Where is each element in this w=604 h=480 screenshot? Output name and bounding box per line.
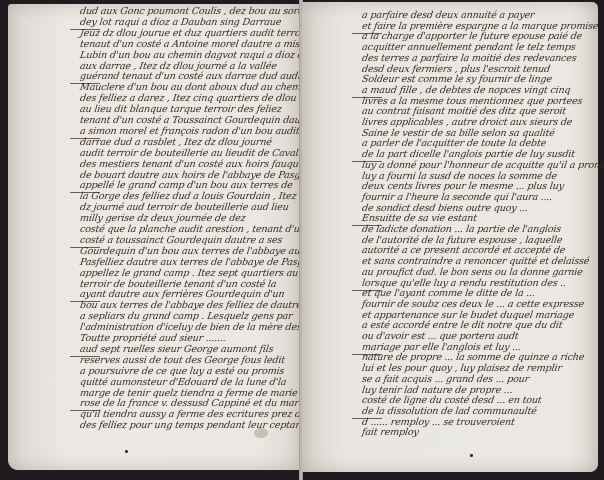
manuscript-line: ayant dautre aux ferrières Gourdequin d'… bbox=[79, 289, 285, 300]
manuscript-line: Soldeur est comme le sy fournir de linge bbox=[361, 74, 552, 85]
manuscript-line: luy a donné pour l'honneur de acquitte q… bbox=[361, 160, 604, 171]
paper-stain bbox=[254, 428, 268, 438]
manuscript-line: ou d'avoir est ... que portera audt bbox=[361, 331, 519, 342]
manuscript-line: reserves aussi de tout des George fous l… bbox=[79, 355, 285, 366]
manuscript-line: a poursuivre de ce que luy a esté ou pro… bbox=[79, 366, 285, 377]
manuscript-line: a esté accordé entre le dit notre que du… bbox=[361, 320, 563, 331]
manuscript-line: rose de la france v. dessusd Cappiné et … bbox=[79, 398, 316, 409]
manuscript-line: quitté aumonsteur d'Edouard de la lune d… bbox=[79, 377, 287, 388]
manuscript-line: qu'il tiendra aussy a ferme des ecriture… bbox=[79, 409, 313, 420]
manuscript-line: dz journé aud terroir de bouteillerie au… bbox=[79, 202, 289, 213]
right-manuscript-page: a parfaire desd deux annuité a payeret f… bbox=[302, 2, 598, 472]
manuscript-line: costé a toussainct Gourdequin dautre a s… bbox=[79, 235, 283, 246]
manuscript-line: Jeuz dz dlou jourue et duz quartiers aud… bbox=[79, 28, 308, 39]
manuscript-line: et que l'ayant comme le ditte de la ... bbox=[361, 288, 535, 299]
manuscript-line: et appartenance sur le budet duquel mari… bbox=[361, 310, 575, 321]
manuscript-line: dud aux Gonc poumont Coulis , dez bou au… bbox=[79, 6, 318, 17]
manuscript-line: Toutte propriété aud sieur ....... bbox=[79, 333, 226, 344]
manuscript-line: lorsque qu'elle luy a rendu restitution … bbox=[361, 278, 567, 289]
manuscript-line: Gourdequin d'un bou aux terres de l'abba… bbox=[79, 246, 307, 257]
manuscript-line: acquitter annuellement pendant le telz t… bbox=[361, 42, 576, 53]
manuscript-line: a parfaire desd deux annuité a payer bbox=[361, 10, 535, 21]
manuscript-line: appellé le grand camp d'un bou aux terre… bbox=[79, 180, 293, 191]
manuscript-line: dey lot raqui a dioz a Dauban sing Darra… bbox=[79, 17, 282, 28]
manuscript-line: Ensuitte de sa vie estant bbox=[361, 213, 477, 224]
manuscript-line: au proufict dud. le bon sens ou la donne… bbox=[361, 267, 583, 278]
ink-dot bbox=[470, 454, 473, 457]
manuscript-line: bou aux terres de l'abbaye des felliez d… bbox=[79, 300, 302, 311]
manuscript-line: se a fait acquis ... grand des ... pour bbox=[361, 374, 530, 385]
manuscript-line: a parler de l'acquitter de toute la debt… bbox=[361, 138, 547, 149]
manuscript-line: appellez le grand camp . Itez sept quart… bbox=[79, 268, 299, 279]
manuscript-line: desd deux fermiers , plus l'escroit tenu… bbox=[361, 64, 550, 75]
manuscript-line: luy tenir lad nature de propre ... bbox=[361, 385, 513, 396]
manuscript-line: a simon morel et françois radon d'un bou… bbox=[79, 126, 300, 137]
manuscript-line: livres applicables , autre droict aux si… bbox=[361, 117, 573, 128]
manuscript-line: deux cents livres pour le mesme ... plus… bbox=[361, 181, 564, 192]
manuscript-line: fournir de soubz ces deux le ... a cette… bbox=[361, 299, 584, 310]
manuscript-line: la Gorge des felliez dud a louis Gourdai… bbox=[79, 191, 297, 202]
manuscript-line: audit terroir de bouteillerie au lieudit… bbox=[79, 148, 313, 159]
manuscript-line: des felliez pour ung temps pendant leur … bbox=[79, 420, 307, 431]
manuscript-line: fournir a l'heure la seconde qui l'aura … bbox=[361, 192, 553, 203]
manuscript-line: l'administration d'iceluy de bien de la … bbox=[79, 322, 302, 333]
manuscript-line: nature de propre ... la somme de quinze … bbox=[361, 352, 585, 363]
ink-dot bbox=[125, 450, 128, 453]
manuscript-line: livres a la mesme tous mentionnez que po… bbox=[361, 96, 583, 107]
manuscript-line: darrae dud a rasblet , Itez dz dlou jour… bbox=[79, 137, 272, 148]
manuscript-line: de la part dicelle l'anglois partie de l… bbox=[361, 149, 575, 160]
manuscript-line: a sepliars du grand camp . Lesquelz gens… bbox=[79, 311, 293, 322]
manuscript-line: aux darrae , Itez dz dlou journé a la va… bbox=[79, 61, 277, 72]
manuscript-line: de bouart dautre aux hoirs de l'abbaye d… bbox=[79, 170, 315, 181]
manuscript-line: Mauclere d'un bou au dont aboux dud au c… bbox=[79, 82, 310, 93]
manuscript-line: a maud fille , de debtes de nopces vingt… bbox=[361, 85, 571, 96]
manuscript-line: guérand tenaut d'un costé aux darrae dud… bbox=[79, 71, 316, 82]
manuscript-line: de la dissolution de lad communaulté bbox=[361, 406, 537, 417]
manuscript-line: au contrat faisant moitié des ditz que s… bbox=[361, 106, 566, 117]
manuscript-line: au lieu dit blanque tarque terroir des f… bbox=[79, 104, 282, 115]
manuscript-line: costé de ligne du costé desd ... en tout bbox=[361, 395, 542, 406]
manuscript-line: Pasfelliez dautre aux terres de l'abbaye… bbox=[79, 257, 318, 268]
manuscript-line: terroir de bouteillerie tenant d'un cost… bbox=[79, 279, 277, 290]
manuscript-line: costé que la planche audit arestion , te… bbox=[79, 224, 306, 235]
manuscript-line: aud sept ruelles sieur George aumont fil… bbox=[79, 344, 274, 355]
manuscript-line: marge de tenir quelz tiendra a ferme de … bbox=[79, 388, 298, 399]
manuscript-line: des mestiers tenant d'un costé aux hoirs… bbox=[79, 159, 305, 170]
manuscript-line: luy a fourni la susd de noces la somme d… bbox=[361, 171, 557, 182]
manuscript-line: d ...... remploy ... se trouveroient bbox=[361, 417, 515, 428]
manuscript-line: a la charge d'apporter le future epouse … bbox=[361, 31, 583, 42]
manuscript-line: tenant d'un costé a Toussainct Gourdequi… bbox=[79, 115, 315, 126]
manuscript-line: fait remploy bbox=[361, 427, 419, 438]
left-manuscript-page: dud aux Gonc poumont Coulis , dez bou au… bbox=[8, 4, 300, 470]
manuscript-line: autorité a ce present accordé et accepté… bbox=[361, 245, 566, 256]
manuscript-line: de ladicte donation ... la partie de l'a… bbox=[361, 224, 561, 235]
manuscript-line: des felliez a darez , Itez cinq quartier… bbox=[79, 93, 297, 104]
manuscript-line: milly gerise dz deux journée de dez bbox=[79, 213, 246, 224]
manuscript-line: Lubin d'un bou au chemin dagvot raqui a … bbox=[79, 50, 316, 61]
manuscript-line: lui et les pour quoy , luy plaisez de re… bbox=[361, 363, 562, 374]
manuscript-line: des terres a parfaire la moitié des rede… bbox=[361, 53, 577, 64]
manuscript-line: et sans contraindre a renoncer quitté et… bbox=[361, 256, 590, 267]
manuscript-line: de sondict desd biens outre quoy ... bbox=[361, 203, 528, 214]
manuscript-line: tenaut d'un costé a Antoine morel dautre… bbox=[79, 39, 313, 50]
